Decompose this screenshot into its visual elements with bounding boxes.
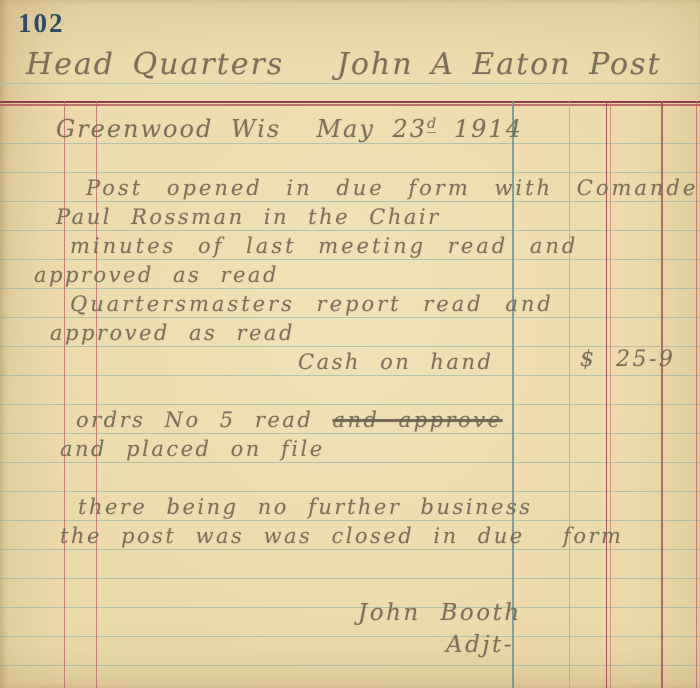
cash-label: Cash on hand xyxy=(298,351,493,374)
signature-role: Adjt- xyxy=(446,633,514,658)
date-text: Greenwood Wis May 23 xyxy=(56,115,427,143)
cash-amount: $ 25-9 xyxy=(580,348,675,372)
minutes-line-approved-2: approved as read xyxy=(50,322,295,345)
minutes-line-approved-1: approved as read xyxy=(34,264,279,287)
date-line: Greenwood Wis May 23d 1914 xyxy=(56,116,523,142)
margin-rule-left-outer xyxy=(64,101,65,688)
date-year: 1914 xyxy=(436,115,523,143)
minutes-line-opened: Post opened in due form with Comander xyxy=(86,177,700,200)
orders-line: ordrs No 5 read and approve xyxy=(76,409,503,432)
top-red-rule-dark xyxy=(0,101,700,103)
strikethrough-text: and approve xyxy=(332,408,502,432)
page-number: 102 xyxy=(18,8,65,39)
minutes-line-chair: Paul Rossman in the Chair xyxy=(56,206,441,229)
date-superscript: d xyxy=(427,116,436,133)
closing-line-1: there being no further business xyxy=(78,496,533,519)
orders-filed-line: and placed on file xyxy=(60,438,325,461)
ledger-page: 102 Head Quarters John A Eaton Post No 2… xyxy=(0,0,700,688)
minutes-line-quartermaster: Quartersmasters report read and xyxy=(70,293,554,316)
orders-text: ordrs No 5 read xyxy=(76,408,332,432)
minutes-line-minutes-read: minutes of last meeting read and xyxy=(70,235,578,258)
top-red-rule-light xyxy=(0,104,700,106)
signature-name: John Booth xyxy=(358,601,522,626)
header-title: Head Quarters John A Eaton Post No 213 G… xyxy=(26,48,700,81)
closing-line-2: the post was was closed in due form xyxy=(60,525,623,548)
header-underline-rule xyxy=(0,83,700,84)
